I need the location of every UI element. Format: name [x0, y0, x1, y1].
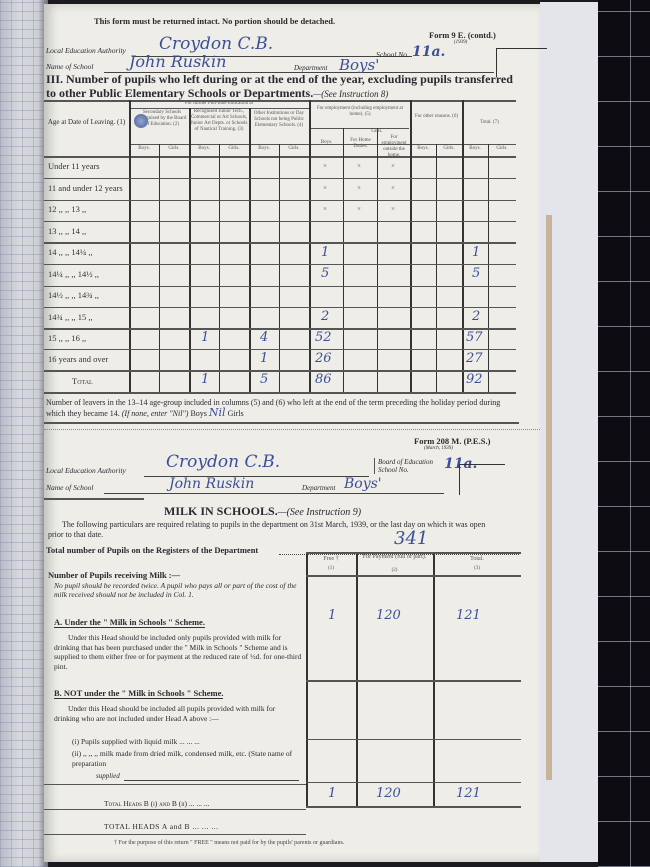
x-mark: × — [391, 184, 395, 192]
row-age-13-14: 13 ,, ,, 14 ,, — [48, 226, 86, 236]
office-use-box-2 — [459, 464, 505, 495]
background-cutting-mat — [598, 0, 650, 867]
head-b-title: B. NOT under the " Milk in Schools " Sch… — [54, 688, 223, 699]
row-age-under-11: Under 11 years — [48, 161, 100, 171]
col-free-no: (1) — [306, 566, 356, 572]
form-id: Form 9 E. (contd.) — [429, 30, 496, 40]
r8-col3-boys: 1 — [201, 330, 209, 345]
receiving-note: No pupil should be recorded twice. A pup… — [54, 581, 299, 599]
leavers-hint: (If none, enter "Nil") — [122, 409, 189, 418]
form208-school-name-line — [104, 493, 444, 494]
leavers-boys-value: Nil — [209, 406, 226, 419]
col-payment-header: For Payment (full or part). — [356, 554, 433, 561]
r8-col7-boys: 57 — [466, 330, 483, 345]
header-col6: For other reasons. (6) — [411, 114, 462, 120]
row-age-14tq-15: 14¾ ,, ,, 15 ,, — [48, 312, 93, 322]
header-col5-home: For Home Duties. — [344, 138, 377, 150]
header-col5: For employment (including employment at … — [310, 106, 410, 118]
form-year: (1939) — [454, 40, 467, 45]
col6-girls: Girls. — [436, 146, 462, 152]
col2-boys: Boys. — [129, 146, 159, 152]
col4-girls: Girls. — [279, 146, 309, 152]
r8-col4-boys: 4 — [260, 330, 268, 345]
form208-id: Form 208 M. (P.E.S.) — [414, 436, 490, 446]
leavers-boys-label: Boys — [190, 409, 206, 418]
header-col3: Recognised Junior Tech., Commercial or A… — [190, 109, 248, 133]
perforation-line — [44, 429, 540, 430]
milk-table: Free † (1) For Payment (full or part). (… — [306, 552, 521, 832]
row-age-total: Total — [72, 376, 93, 386]
r4-col7-boys: 1 — [472, 245, 480, 260]
lea-label: Local Education Authority — [46, 46, 126, 55]
form208-lea-label: Local Education Authority — [46, 466, 126, 475]
total-col3-boys: 1 — [201, 372, 209, 387]
x-mark: × — [391, 162, 395, 170]
form208-department-value: Boys' — [344, 476, 382, 492]
x-mark: × — [357, 184, 361, 192]
form-notice: This form must be returned intact. No po… — [94, 16, 335, 26]
r8-col5-boys: 52 — [315, 330, 332, 345]
total-pupils-value: 341 — [394, 528, 428, 549]
col-payment-no: (2) — [356, 568, 433, 574]
r5-col7-boys: 5 — [472, 266, 480, 281]
school-no-value: 11a. — [412, 44, 445, 60]
col-total-header: Total. — [433, 556, 521, 562]
row-age-15-16: 15 ,, ,, 16 ,, — [48, 333, 86, 343]
col-free-header: Free † — [306, 556, 356, 562]
milk-title-ref: —(See Instruction 9) — [278, 507, 361, 518]
head-a-free: 1 — [328, 608, 336, 623]
col7-girls: Girls. — [488, 146, 516, 152]
form208-date: (March, 1939) — [424, 446, 453, 451]
x-mark: × — [391, 205, 395, 213]
row-age-12-13: 12 ,, ,, 13 ,, — [48, 204, 86, 214]
total-col7-boys: 92 — [466, 372, 483, 387]
leavers-note: Number of leavers in the 13–14 age-group… — [46, 398, 516, 419]
total-col5-boys: 86 — [315, 372, 332, 387]
section-iii-ref: —(See Instruction 8) — [313, 89, 388, 99]
school-name-value: John Ruskin — [129, 52, 226, 71]
r9-col7-boys: 27 — [466, 351, 483, 366]
header-age: Age at Date of Leaving. (1) — [44, 118, 129, 127]
x-mark: × — [357, 162, 361, 170]
header-further-education: For further Full-time Education at — [129, 101, 309, 107]
x-mark: × — [357, 205, 361, 213]
head-b-text: Under this Head should be included all p… — [54, 704, 302, 723]
row-age-16-over: 16 years and over — [48, 354, 108, 364]
head-b-supplied: supplied — [96, 772, 120, 780]
header-col7: Total. (7) — [463, 120, 516, 126]
total-b-label: Total Heads B (i) and B (ii) ... ... ... — [104, 799, 210, 808]
tan-strip — [546, 215, 552, 780]
board-school-no-label: Board of Education School No. — [374, 458, 448, 474]
form208-lea-value: Croydon C.B. — [166, 452, 280, 472]
col4-boys: Boys. — [249, 146, 279, 152]
receiving-heading: Number of Pupils receiving Milk :— — [48, 570, 180, 580]
total-ab-label: TOTAL HEADS A and B ... ... ... — [104, 822, 218, 831]
total-ab-payment: 120 — [376, 786, 401, 801]
header-col5-outside: For employment outside the home. — [378, 135, 410, 159]
total-col4-boys: 5 — [260, 372, 268, 387]
total-ab-total: 121 — [456, 786, 481, 801]
col6-boys: Boys. — [410, 146, 436, 152]
x-mark: × — [323, 205, 327, 213]
head-b-i: (i) Pupils supplied with liquid milk ...… — [72, 737, 302, 746]
r4-col5-boys: 1 — [321, 245, 329, 260]
col7-boys: Boys. — [462, 146, 488, 152]
row-age-11-12: 11 and under 12 years — [48, 183, 123, 193]
r7-col5-boys: 2 — [321, 309, 329, 324]
school-no-label: School No. — [376, 50, 409, 59]
section-iii-text: III. Number of pupils who left during or… — [46, 72, 513, 100]
row-age-14h-14tq: 14½ ,, ,, 14¾ ,, — [48, 290, 99, 300]
col3-girls: Girls. — [219, 146, 249, 152]
r9-col5-boys: 26 — [315, 351, 332, 366]
x-mark: × — [323, 184, 327, 192]
total-ab-free: 1 — [328, 786, 336, 801]
r9-col4-boys: 1 — [260, 351, 268, 366]
form208-school-name-label: Name of School — [46, 483, 94, 492]
department-label: Department — [294, 64, 327, 72]
punch-hole — [134, 114, 148, 128]
col3-boys: Boys. — [189, 146, 219, 152]
total-pupils-label: Total number of Pupils on the Registers … — [46, 545, 258, 555]
form208-school-name-value: John Ruskin — [169, 476, 254, 492]
lea-value: Croydon C.B. — [159, 34, 273, 54]
head-a-text: Under this Head should be included only … — [54, 633, 302, 671]
school-name-label: Name of School — [46, 62, 94, 71]
leavers-table: Age at Date of Leaving. (1) For further … — [44, 100, 516, 392]
head-a-payment: 120 — [376, 608, 401, 623]
r5-col5-boys: 5 — [321, 266, 329, 281]
x-mark: × — [323, 162, 327, 170]
head-a-total: 121 — [456, 608, 481, 623]
form208-department-label: Department — [302, 484, 335, 492]
r7-col7-boys: 2 — [472, 309, 480, 324]
milk-title-text: MILK IN SCHOOLS. — [164, 504, 278, 518]
milk-title: MILK IN SCHOOLS.—(See Instruction 9) — [164, 504, 361, 519]
col-total-no: (3) — [433, 566, 521, 572]
head-a-title: A. Under the " Milk in Schools " Scheme. — [54, 617, 205, 628]
head-b-ii: (ii) ,, ,, ,, milk made from dried milk,… — [72, 749, 302, 769]
leavers-girls-label: Girls — [228, 409, 244, 418]
col2-girls: Girls. — [159, 146, 189, 152]
row-age-14q-14h: 14¼ ,, ,, 14½ ,, — [48, 269, 99, 279]
header-col5-boys: Boys. — [310, 140, 343, 146]
section-iii-title: III. Number of pupils who left during or… — [46, 72, 516, 101]
footnote: † For the purpose of this return " FREE … — [114, 840, 344, 846]
row-age-14-14q: 14 ,, ,, 14¼ ,, — [48, 247, 93, 257]
leavers-note-text: Number of leavers in the 13–14 age-group… — [46, 398, 500, 418]
header-col4: Other Institutions or Day Schools not be… — [250, 111, 308, 129]
ledger-left-page — [0, 0, 48, 867]
form-page: This form must be returned intact. No po… — [44, 4, 540, 862]
